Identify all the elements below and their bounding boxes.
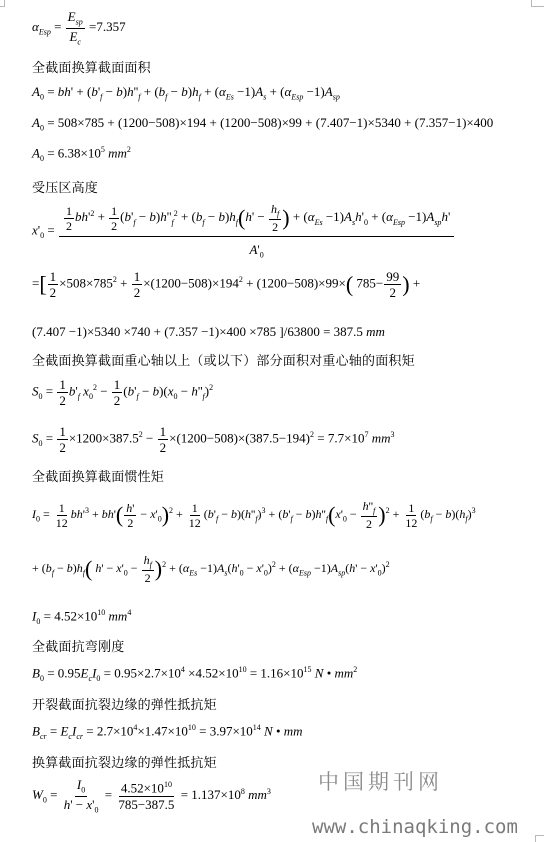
equation-x0-substitution: =[12×508×7852 + 12×(1200−508)×1942 + (12…	[32, 270, 420, 299]
heading-inertia: 全截面换算截面惯性矩	[32, 466, 164, 485]
page-corner-mark	[0, 0, 5, 7]
page-corner-mark	[535, 835, 544, 842]
equation-i0-formula-line2: + (bf − b)hf( h' − x'0 − hf2)2 + (αEs −1…	[32, 554, 390, 584]
heading-stiffness: 全截面抗弯刚度	[32, 636, 124, 655]
equation-s0-formula: S0 = 12b'f x02 − 12(b'f − b)(x0 − h''f)2	[32, 378, 213, 407]
equation-s0-result: S0 = 12×1200×387.52 − 12×(1200−508)×(387…	[32, 425, 394, 454]
equation-a0-result: A0 = 6.38×105 mm2	[32, 146, 131, 163]
watermark-site-name: 中国期刊网	[318, 766, 443, 796]
heading-area-moment: 全截面换算截面重心轴以上（或以下）部分面积对重心轴的面积矩	[32, 350, 415, 369]
equation-alpha-esp: αEsp = EspEc =7.357	[32, 10, 126, 46]
equation-x0-formula: x'0 = 12bh'2 + 12(b'f − b)h''f2 + (bf − …	[32, 203, 455, 260]
equation-bcr: Bcr = EcIcr = 2.7×104×1.47×1010 = 3.97×1…	[32, 724, 303, 741]
heading-cracked-moment: 开裂截面抗裂边缘的弹性抵抗矩	[32, 694, 217, 713]
equation-w0: W0 = I0h' − x'0 = 4.52×1010785−387.5 = 1…	[32, 778, 271, 814]
heading-converted-area: 全截面换算截面面积	[32, 57, 151, 76]
equation-i0-formula-line1: I0 = 112bh'3 + bh'(h'2 − x'0)2 + 112(b'f…	[32, 500, 476, 530]
equation-a0-formula: A0 = bh' + (b'f − b)h''f + (bf − b)hf + …	[32, 85, 340, 102]
heading-compression-height: 受压区高度	[32, 177, 98, 196]
page-corner-mark	[531, 0, 544, 7]
watermark-url: www.chinaqking.com	[312, 816, 518, 838]
heading-section-modulus: 换算截面抗裂边缘的弹性抵抗矩	[32, 752, 217, 771]
equation-a0-substitution: A0 = 508×785 + (1200−508)×194 + (1200−50…	[32, 116, 493, 133]
equation-x0-result: (7.407 −1)×5340 ×740 + (7.357 −1)×400 ×7…	[32, 325, 385, 338]
equation-i0-result: I0 = 4.52×1010 mm4	[32, 609, 131, 626]
equation-b0: B0 = 0.95EcI0 = 0.95×2.7×104 ×4.52×1010 …	[32, 666, 357, 683]
